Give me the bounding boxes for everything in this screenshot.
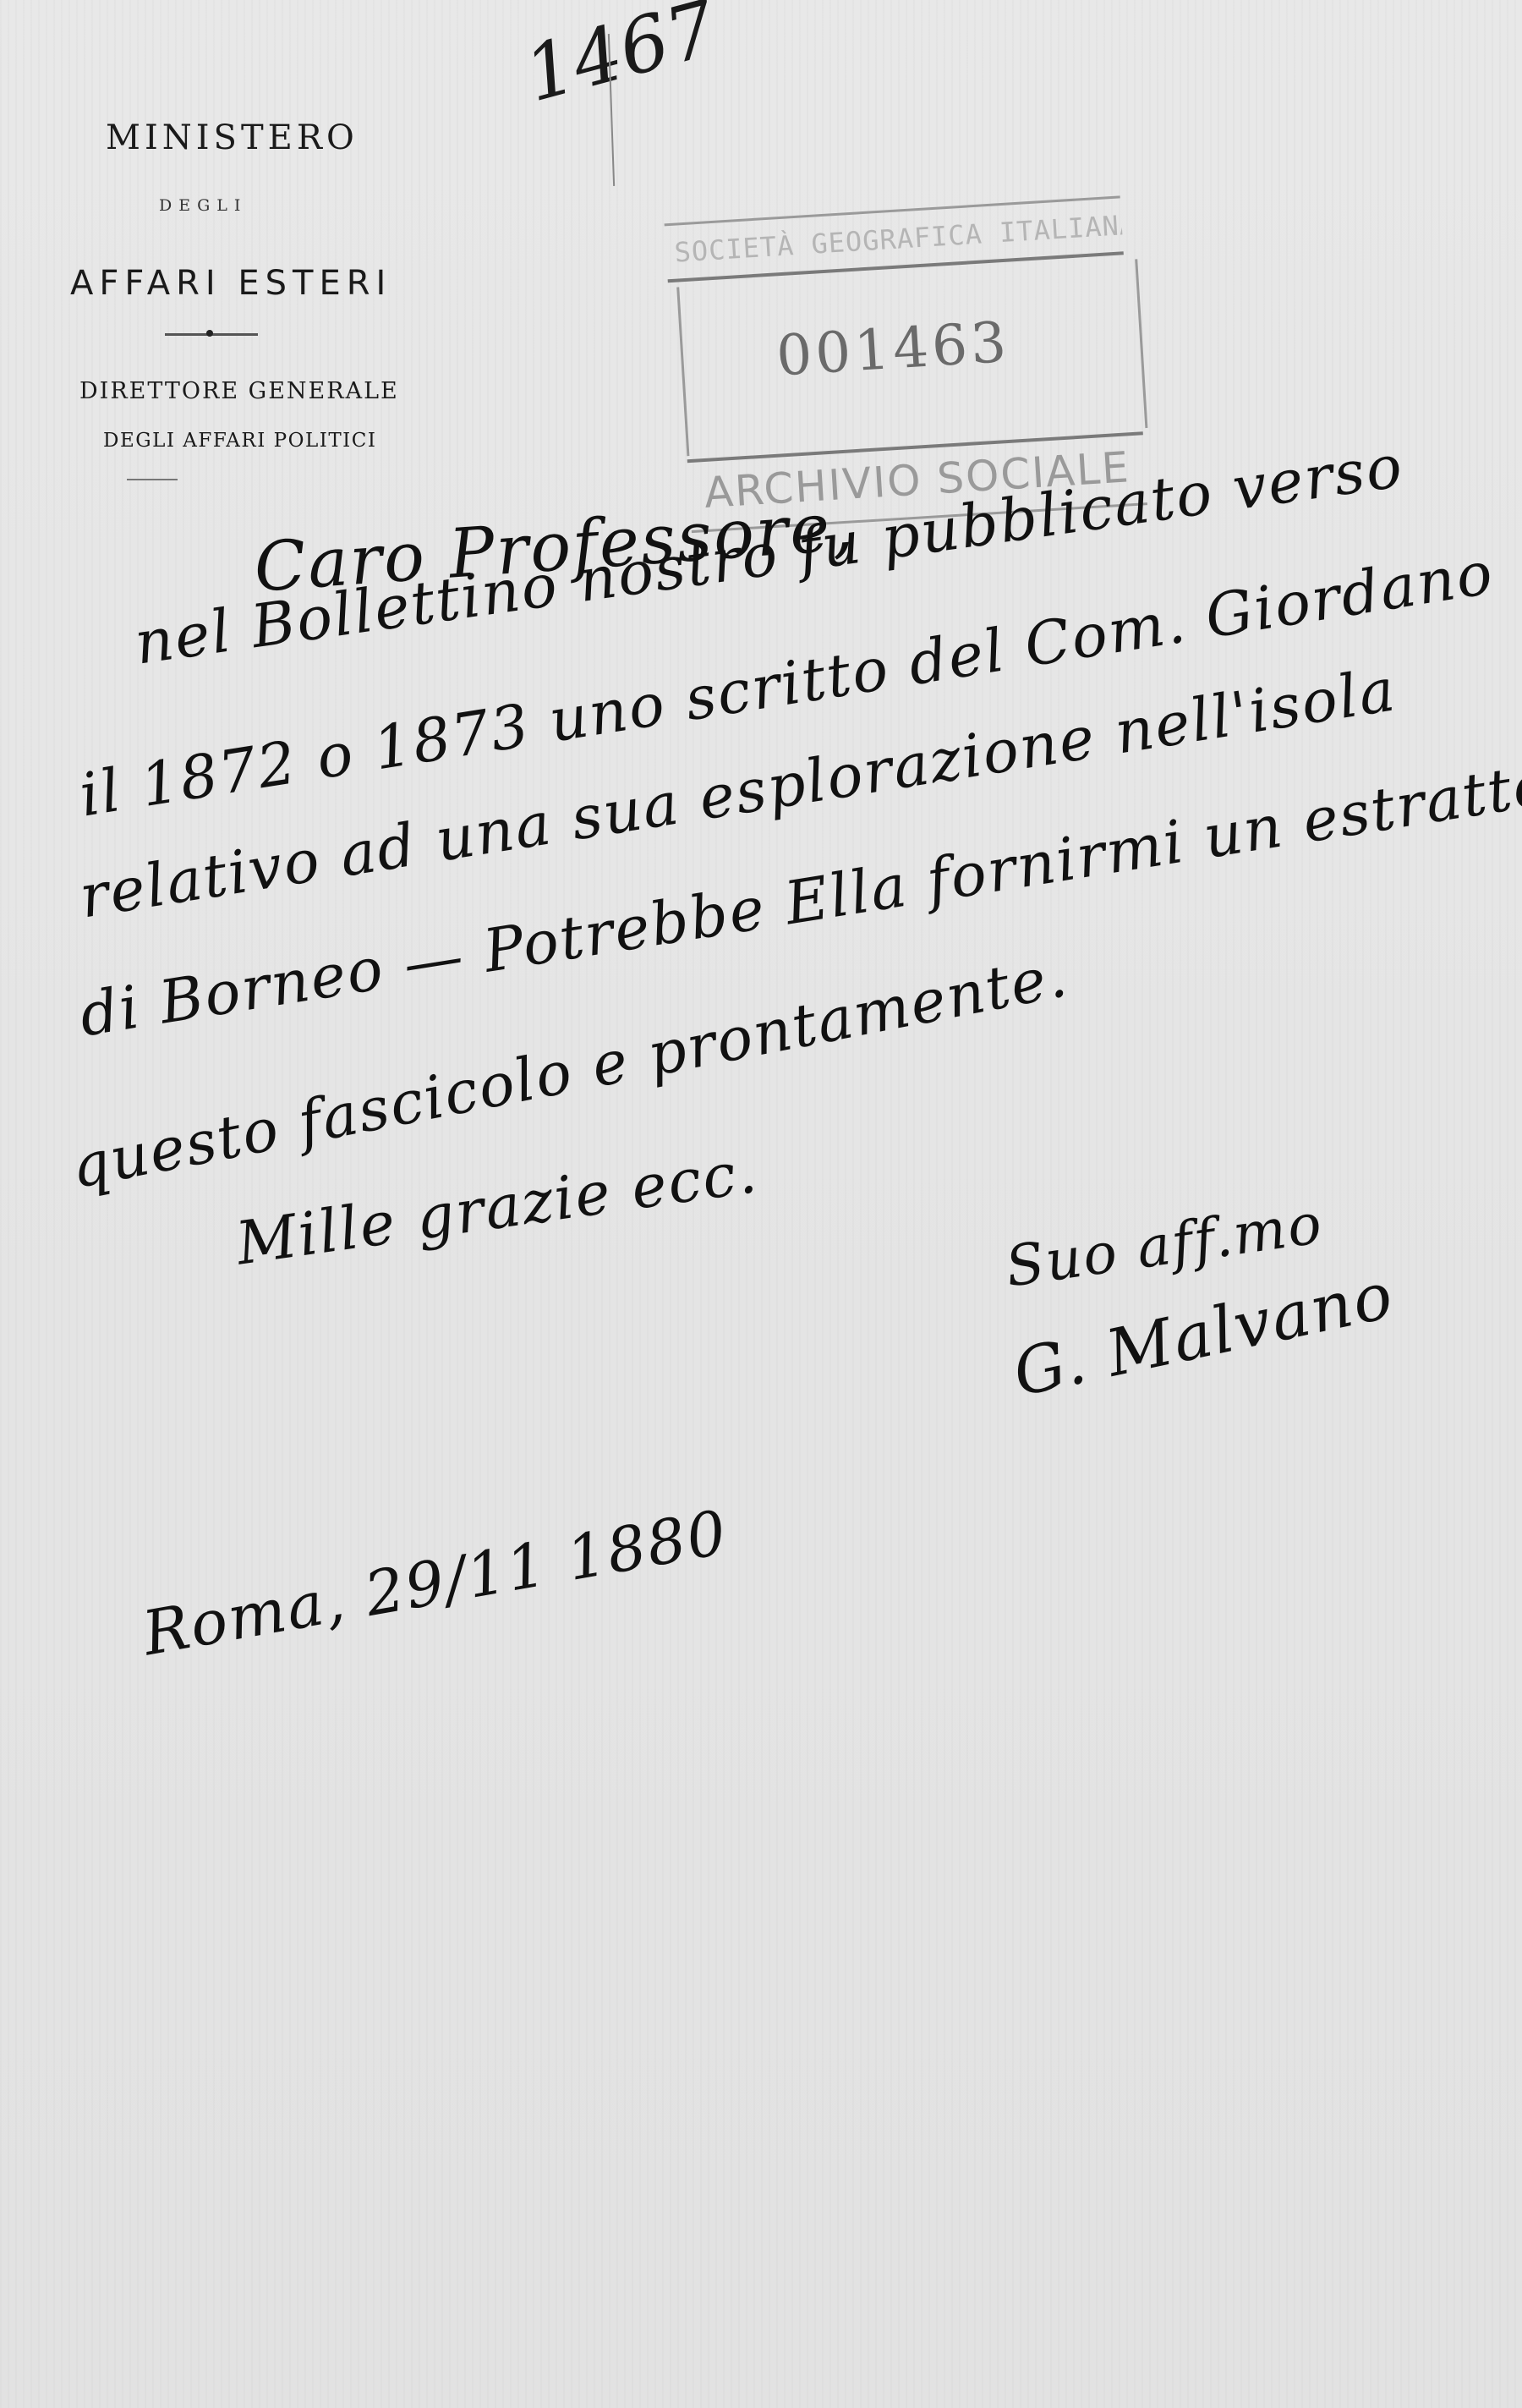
letterhead-divider-small [127, 479, 178, 480]
stamp-archive-number: 001463 [775, 310, 1011, 389]
letterhead-direttore-generale: DIRETTORE GENERALE [79, 378, 399, 404]
letterhead-degli: DEGLI [159, 196, 247, 215]
letterhead-divider-ornament [206, 330, 213, 337]
stamp-number-box: 001463 [676, 259, 1147, 456]
letterhead-affari-politici: DEGLI AFFARI POLITICI [103, 430, 376, 452]
letterhead-ministero: MINISTERO [106, 118, 359, 157]
letterhead-affari-esteri: AFFARI ESTERI [70, 264, 391, 303]
